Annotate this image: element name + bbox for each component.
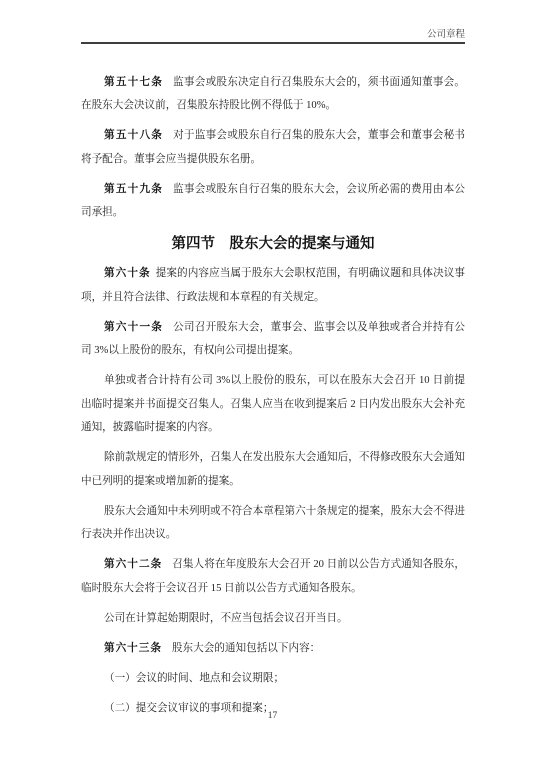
page-number: 17 xyxy=(0,710,545,722)
article-59-number: 第五十九条 xyxy=(104,184,163,195)
article-57-paragraph: 第五十七条监事会或股东决定自行召集股东大会的，须书面通知董事会。在股东大会决议前… xyxy=(81,71,465,118)
article-59-paragraph: 第五十九条监事会或股东自行召集的股东大会，会议所必需的费用由本公司承担。 xyxy=(81,178,465,225)
body-paragraph: 公司在计算起始期限时，不应当包括会议召开当日。 xyxy=(81,607,465,631)
notice-item-1: （一）会议的时间、地点和会议期限； xyxy=(81,667,465,691)
body-paragraph: 除前款规定的情形外，召集人在发出股东大会通知后，不得修改股东大会通知中已列明的提… xyxy=(81,446,465,493)
article-61-number: 第六十一条 xyxy=(104,322,163,333)
article-58-paragraph: 第五十八条对于监事会或股东自行召集的股东大会，董事会和董事会秘书将予配合。董事会… xyxy=(81,124,465,171)
article-57-number: 第五十七条 xyxy=(104,77,163,88)
article-62-paragraph: 第六十二条召集人将在年度股东大会召开 20 日前以公告方式通知各股东，临时股东大… xyxy=(81,553,465,600)
article-63-paragraph: 第六十三条股东大会的通知包括以下内容： xyxy=(81,637,465,661)
section-4-heading: 第四节 股东大会的提案与通知 xyxy=(81,232,465,256)
article-63-text: 股东大会的通知包括以下内容： xyxy=(172,643,320,654)
document-body: 第五十七条监事会或股东决定自行召集股东大会的，须书面通知董事会。在股东大会决议前… xyxy=(81,64,465,720)
article-60-number: 第六十条 xyxy=(104,268,151,279)
article-61-paragraph: 第六十一条公司召开股东大会，董事会、监事会以及单独或者合并持有公司 3%以上股份… xyxy=(81,316,465,363)
header-rule xyxy=(81,42,465,44)
article-63-number: 第六十三条 xyxy=(104,643,162,654)
body-paragraph: 单独或者合计持有公司 3%以上股份的股东，可以在股东大会召开 10 日前提出临时… xyxy=(81,369,465,440)
body-paragraph: 股东大会通知中未列明或不符合本章程第六十条规定的提案，股东大会不得进行表决并作出… xyxy=(81,500,465,547)
article-60-paragraph: 第六十条提案的内容应当属于股东大会职权范围，有明确议题和具体决议事项，并且符合法… xyxy=(81,262,465,309)
article-62-number: 第六十二条 xyxy=(104,559,162,570)
running-header-title: 公司章程 xyxy=(81,29,465,41)
article-58-number: 第五十八条 xyxy=(104,130,163,141)
